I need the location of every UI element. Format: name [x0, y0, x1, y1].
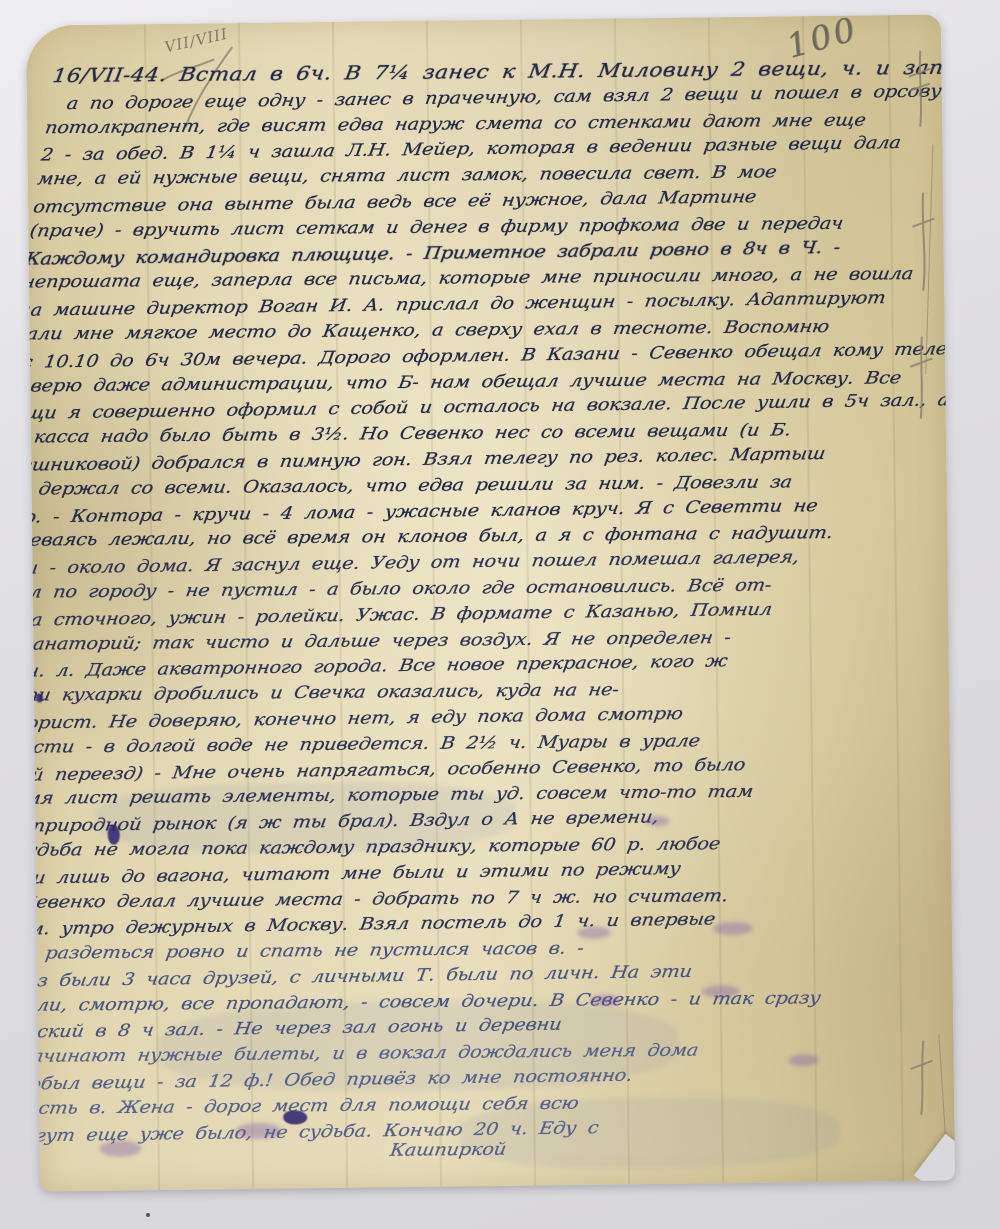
pencil-margin-mark [908, 1041, 935, 1117]
handwritten-text: 16/VII-44. Встал в 6ч. В 7¼ занес к М.Н.… [26, 55, 921, 1172]
scan-background: 100 VII/VIII 16/VII-44. Встал в 6ч. В 7¼… [0, 0, 1000, 1229]
worn-corner [914, 1134, 955, 1192]
handwritten-line: Кашпиркой [388, 1136, 761, 1165]
dust-speck [146, 1213, 150, 1217]
pencil-margin-mark [908, 337, 935, 421]
ink-blot [283, 1110, 307, 1124]
ink-blot [108, 825, 120, 845]
ink-blot [36, 693, 43, 702]
pencil-margin-mark [906, 51, 933, 129]
pencil-margin-mark [910, 193, 937, 293]
manuscript-page: 100 VII/VIII 16/VII-44. Встал в 6ч. В 7¼… [26, 14, 955, 1191]
